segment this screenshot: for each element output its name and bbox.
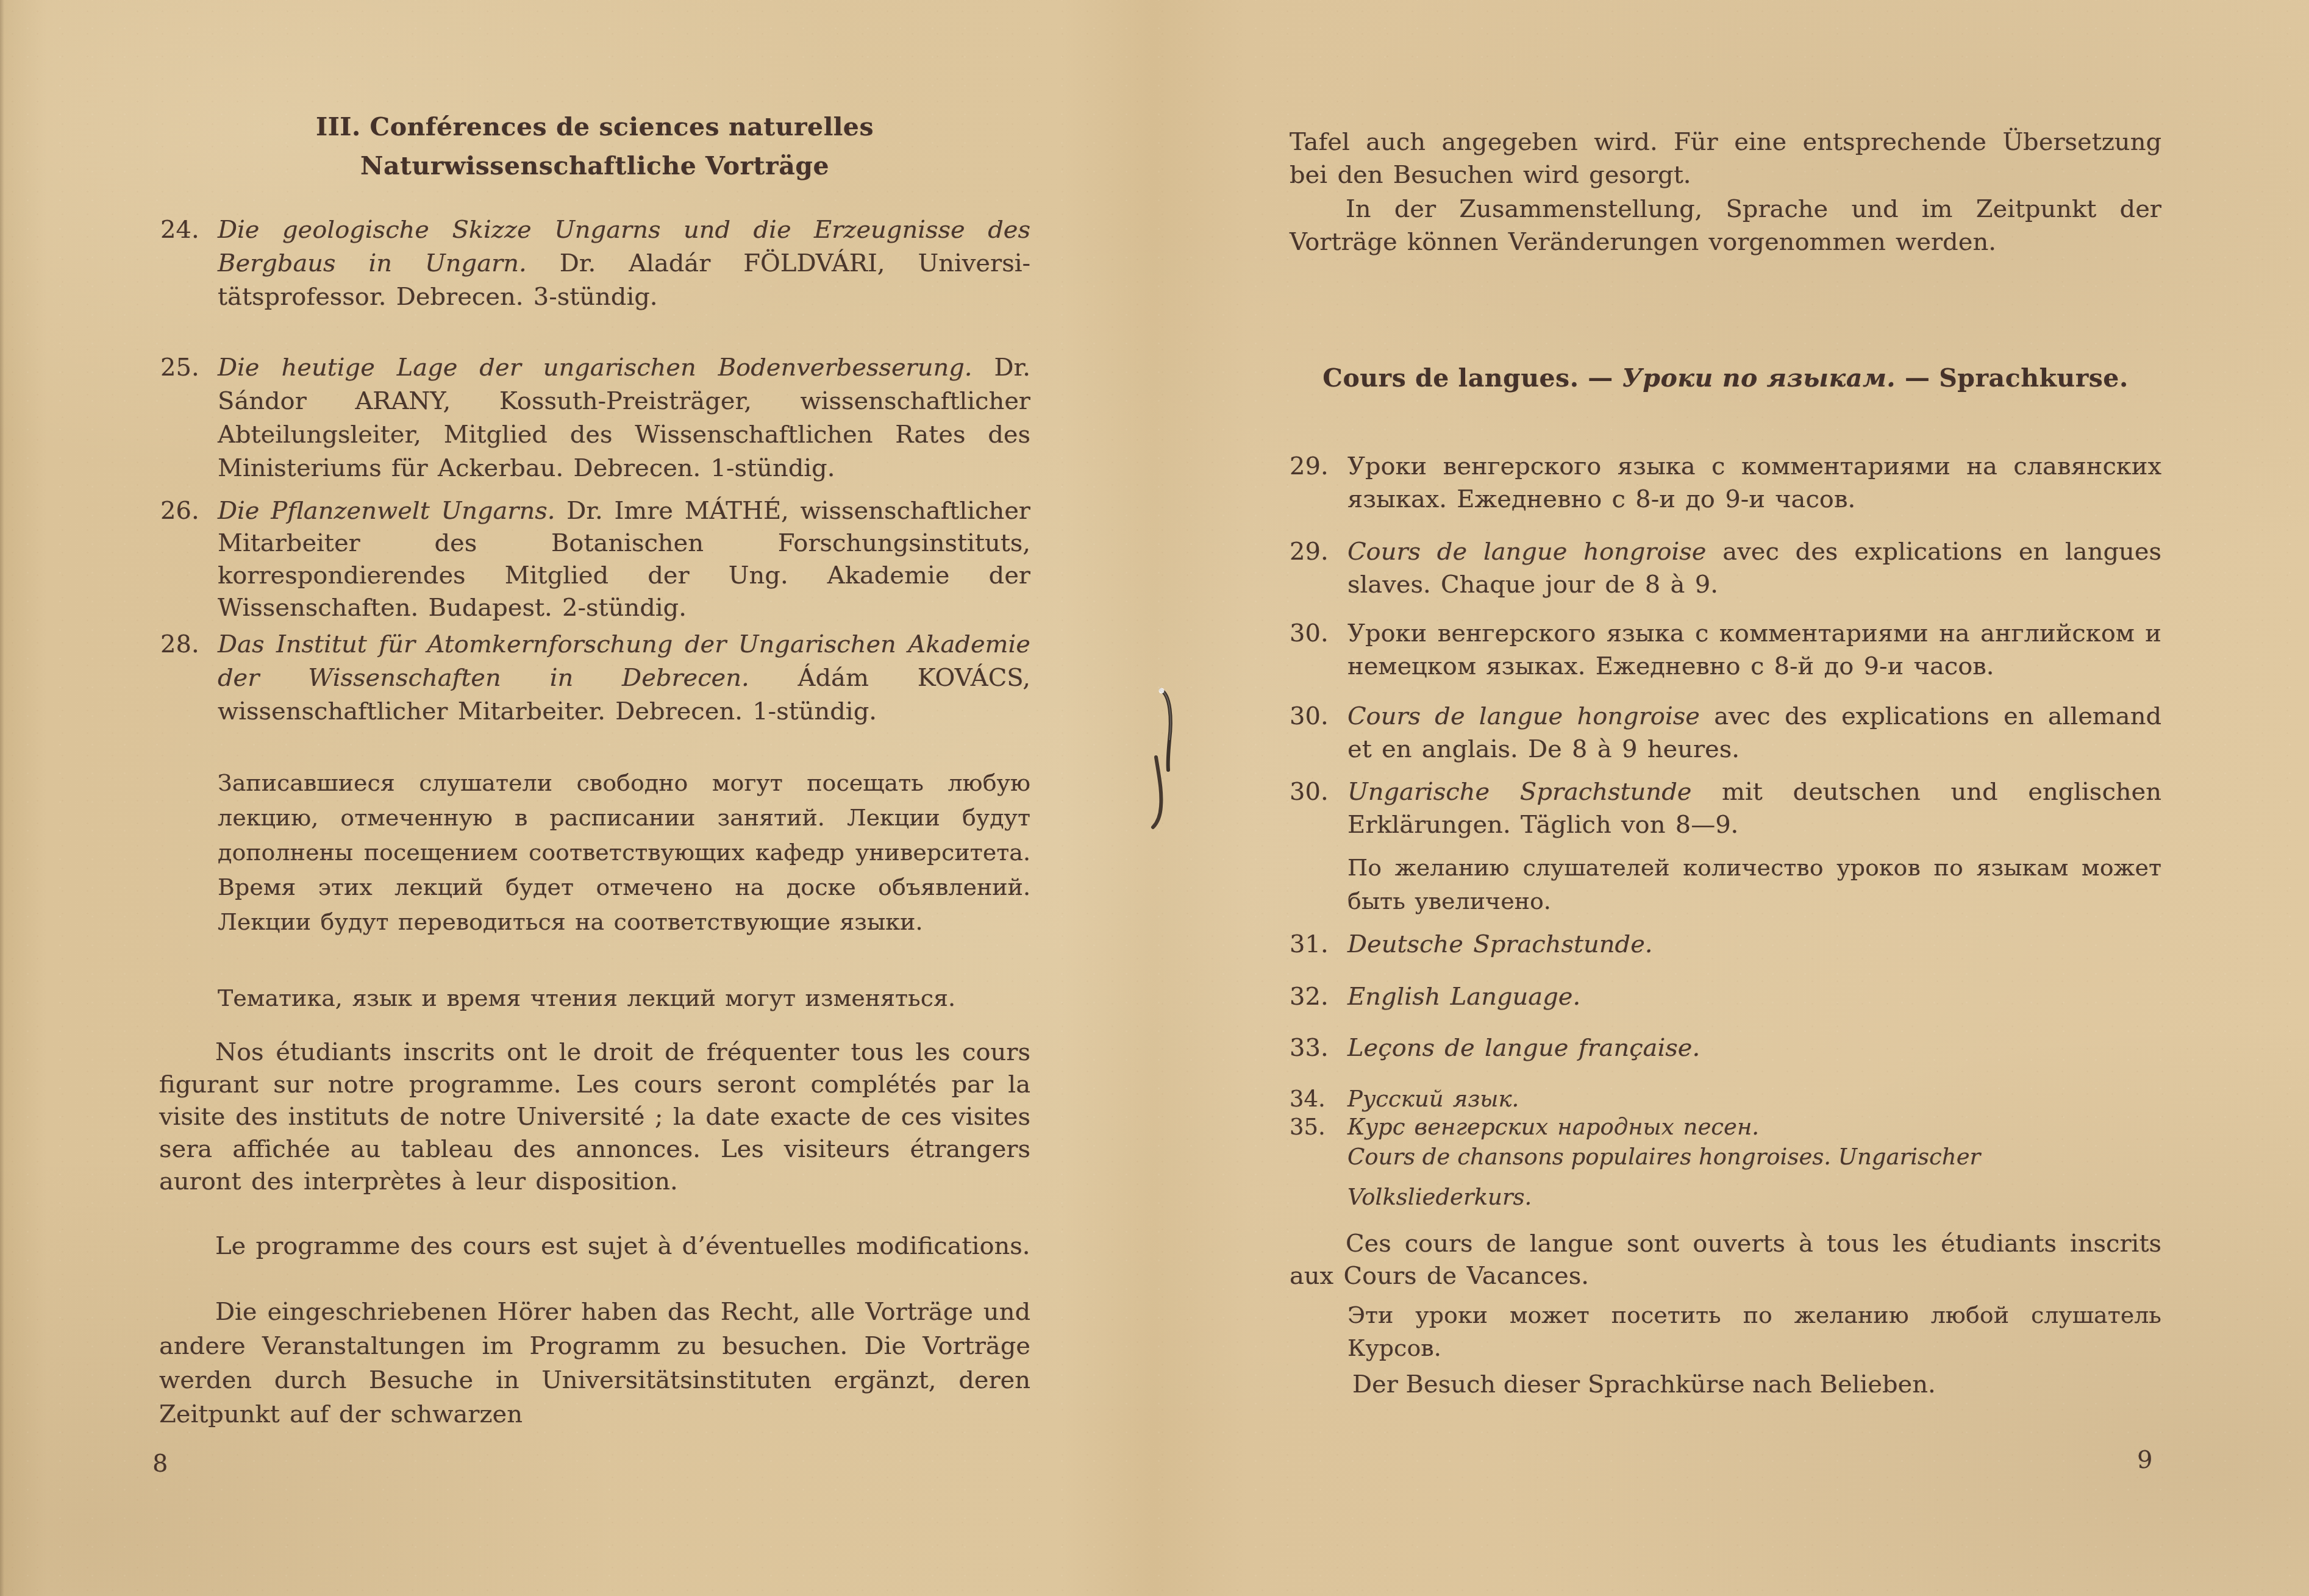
heading-dash: — — [1588, 363, 1613, 393]
item-text: Die heutige Lage der ungarischen Bodenve… — [218, 351, 1030, 485]
item-number: 30. — [1290, 700, 1329, 733]
heading-line-german: Naturwissenschaftliche Vorträge — [159, 146, 1030, 185]
item-title: Cours de langue hongroise — [1347, 702, 1700, 730]
item-number: 30. — [1290, 775, 1329, 808]
item-35-subtitle-german: Volksliederkurs. — [1347, 1184, 1532, 1210]
list-item-35: 35. Курс венгерских народных песен. — [1290, 1113, 2161, 1141]
item-title: Курс венгерских народных песен. — [1347, 1113, 2161, 1141]
item-title: Die Pflanzenwelt Ungarns. — [218, 497, 555, 525]
item-number: 31. — [1290, 928, 1329, 961]
paragraph-french-open-courses: Ces cours de langue sont ouverts à tous … — [1290, 1228, 2161, 1292]
item-number: 29. — [1290, 450, 1329, 483]
list-item-26: 26. Die Pflanzenwelt Ungarns. Dr. Imre M… — [160, 495, 1030, 624]
item-text: Die Pflanzenwelt Ungarns. Dr. Imre MÁTHÉ… — [218, 495, 1030, 624]
item-number: 24. — [160, 213, 199, 247]
note-russian-attendance: Записавшиеся слушатели свободно могут по… — [218, 766, 1030, 939]
heading-line-french: III. Conférences de sciences naturelles — [159, 107, 1030, 146]
item-title: Die heutige Lage der ungarischen Bodenve… — [218, 354, 972, 382]
staple — [1139, 684, 1182, 836]
item-number: 28. — [160, 628, 199, 661]
heading-german: Sprachkurse. — [1939, 363, 2128, 393]
item-title: Cours de langue hongroise — [1347, 538, 1707, 566]
item-number: 25. — [160, 351, 199, 385]
item-number: 26. — [160, 495, 199, 527]
item-text: Ungarische Sprachstunde mit deutschen un… — [1347, 775, 2161, 841]
note-russian-lessons-increase: По желанию слушателей количество уроков … — [1347, 851, 2161, 918]
paragraph-german-continued: Tafel auch angegeben wird. Für eine ents… — [1290, 126, 2161, 191]
paragraph-german-listeners: Die eingeschriebenen Hörer haben das Rec… — [159, 1295, 1030, 1431]
item-text: Das Institut für Atomkernforschung der U… — [218, 628, 1030, 729]
list-item-30-german: 30. Ungarische Sprachstunde mit deutsche… — [1290, 775, 2161, 841]
paragraph-french-students: Nos étudiants inscrits ont le droit de f… — [159, 1036, 1030, 1198]
item-text: Cours de langue hongroise avec des expli… — [1347, 700, 2161, 766]
list-item-34: 34. Русский язык. — [1290, 1085, 2161, 1113]
item-number: 29. — [1290, 535, 1329, 568]
item-title: Deutsche Sprachstunde. — [1347, 928, 2161, 961]
item-title: Leçons de langue française. — [1347, 1031, 2161, 1065]
page-number-right: 9 — [2137, 1446, 2152, 1474]
list-item-30-russian: 30. Уроки венгерского языка с комментари… — [1290, 617, 2161, 683]
list-item-24: 24. Die geologische Skizze Ungarns und d… — [160, 213, 1030, 314]
heading-russian: Уроки по языкам. — [1622, 363, 1896, 393]
list-item-30-french: 30. Cours de langue hongroise avec des e… — [1290, 700, 2161, 766]
item-text: Уроки венгерского языка с комментариями … — [1347, 617, 2161, 683]
item-title: Ungarische Sprachstunde — [1347, 778, 1691, 806]
item-title: Русский язык. — [1347, 1085, 2161, 1113]
paragraph-german-attendance: Der Besuch dieser Sprachkürse nach Belie… — [1352, 1370, 1936, 1398]
heading-dash: — — [1905, 363, 1930, 393]
page-number-left: 8 — [152, 1450, 168, 1478]
language-courses-heading: Cours de langues. — Уроки по языкам. — S… — [1290, 358, 2161, 397]
book-spread-scan: III. Conférences de sciences naturelles … — [0, 0, 2309, 1596]
paragraph-german-zusammenstellung: In der Zusammenstellung, Sprache und im … — [1290, 193, 2161, 258]
item-35-subtitle-french: Cours de chansons populaires hongroises.… — [1347, 1144, 1980, 1170]
item-number: 35. — [1290, 1113, 1326, 1141]
note-russian-changes: Тематика, язык и время чтения лекций мог… — [218, 981, 1030, 1015]
section-heading: III. Conférences de sciences naturelles … — [159, 107, 1030, 185]
item-text: Die geologische Skizze Ungarns und die E… — [218, 213, 1030, 314]
item-text: Cours de langue hongroise avec des expli… — [1347, 535, 2161, 601]
list-item-29-french: 29. Cours de langue hongroise avec des e… — [1290, 535, 2161, 601]
heading-french: Cours de langues. — [1322, 363, 1579, 393]
item-text: Уроки венгерского языка с комментариями … — [1347, 450, 2161, 516]
list-item-28: 28. Das Institut für Atomkernforschung d… — [160, 628, 1030, 729]
list-item-31: 31. Deutsche Sprachstunde. — [1290, 928, 2161, 961]
paragraph-french-programme: Le programme des cours est sujet à d’éve… — [159, 1230, 1030, 1263]
item-title: English Language. — [1347, 980, 2161, 1014]
item-number: 33. — [1290, 1031, 1329, 1065]
item-number: 32. — [1290, 980, 1329, 1014]
item-number: 34. — [1290, 1085, 1326, 1113]
item-number: 30. — [1290, 617, 1329, 650]
list-item-29-russian: 29. Уроки венгерского языка с комментари… — [1290, 450, 2161, 516]
list-item-33: 33. Leçons de langue française. — [1290, 1031, 2161, 1065]
list-item-25: 25. Die heutige Lage der ungarischen Bod… — [160, 351, 1030, 485]
note-russian-any-listener: Эти уроки может посетить по желанию любо… — [1347, 1299, 2161, 1364]
list-item-32: 32. English Language. — [1290, 980, 2161, 1014]
